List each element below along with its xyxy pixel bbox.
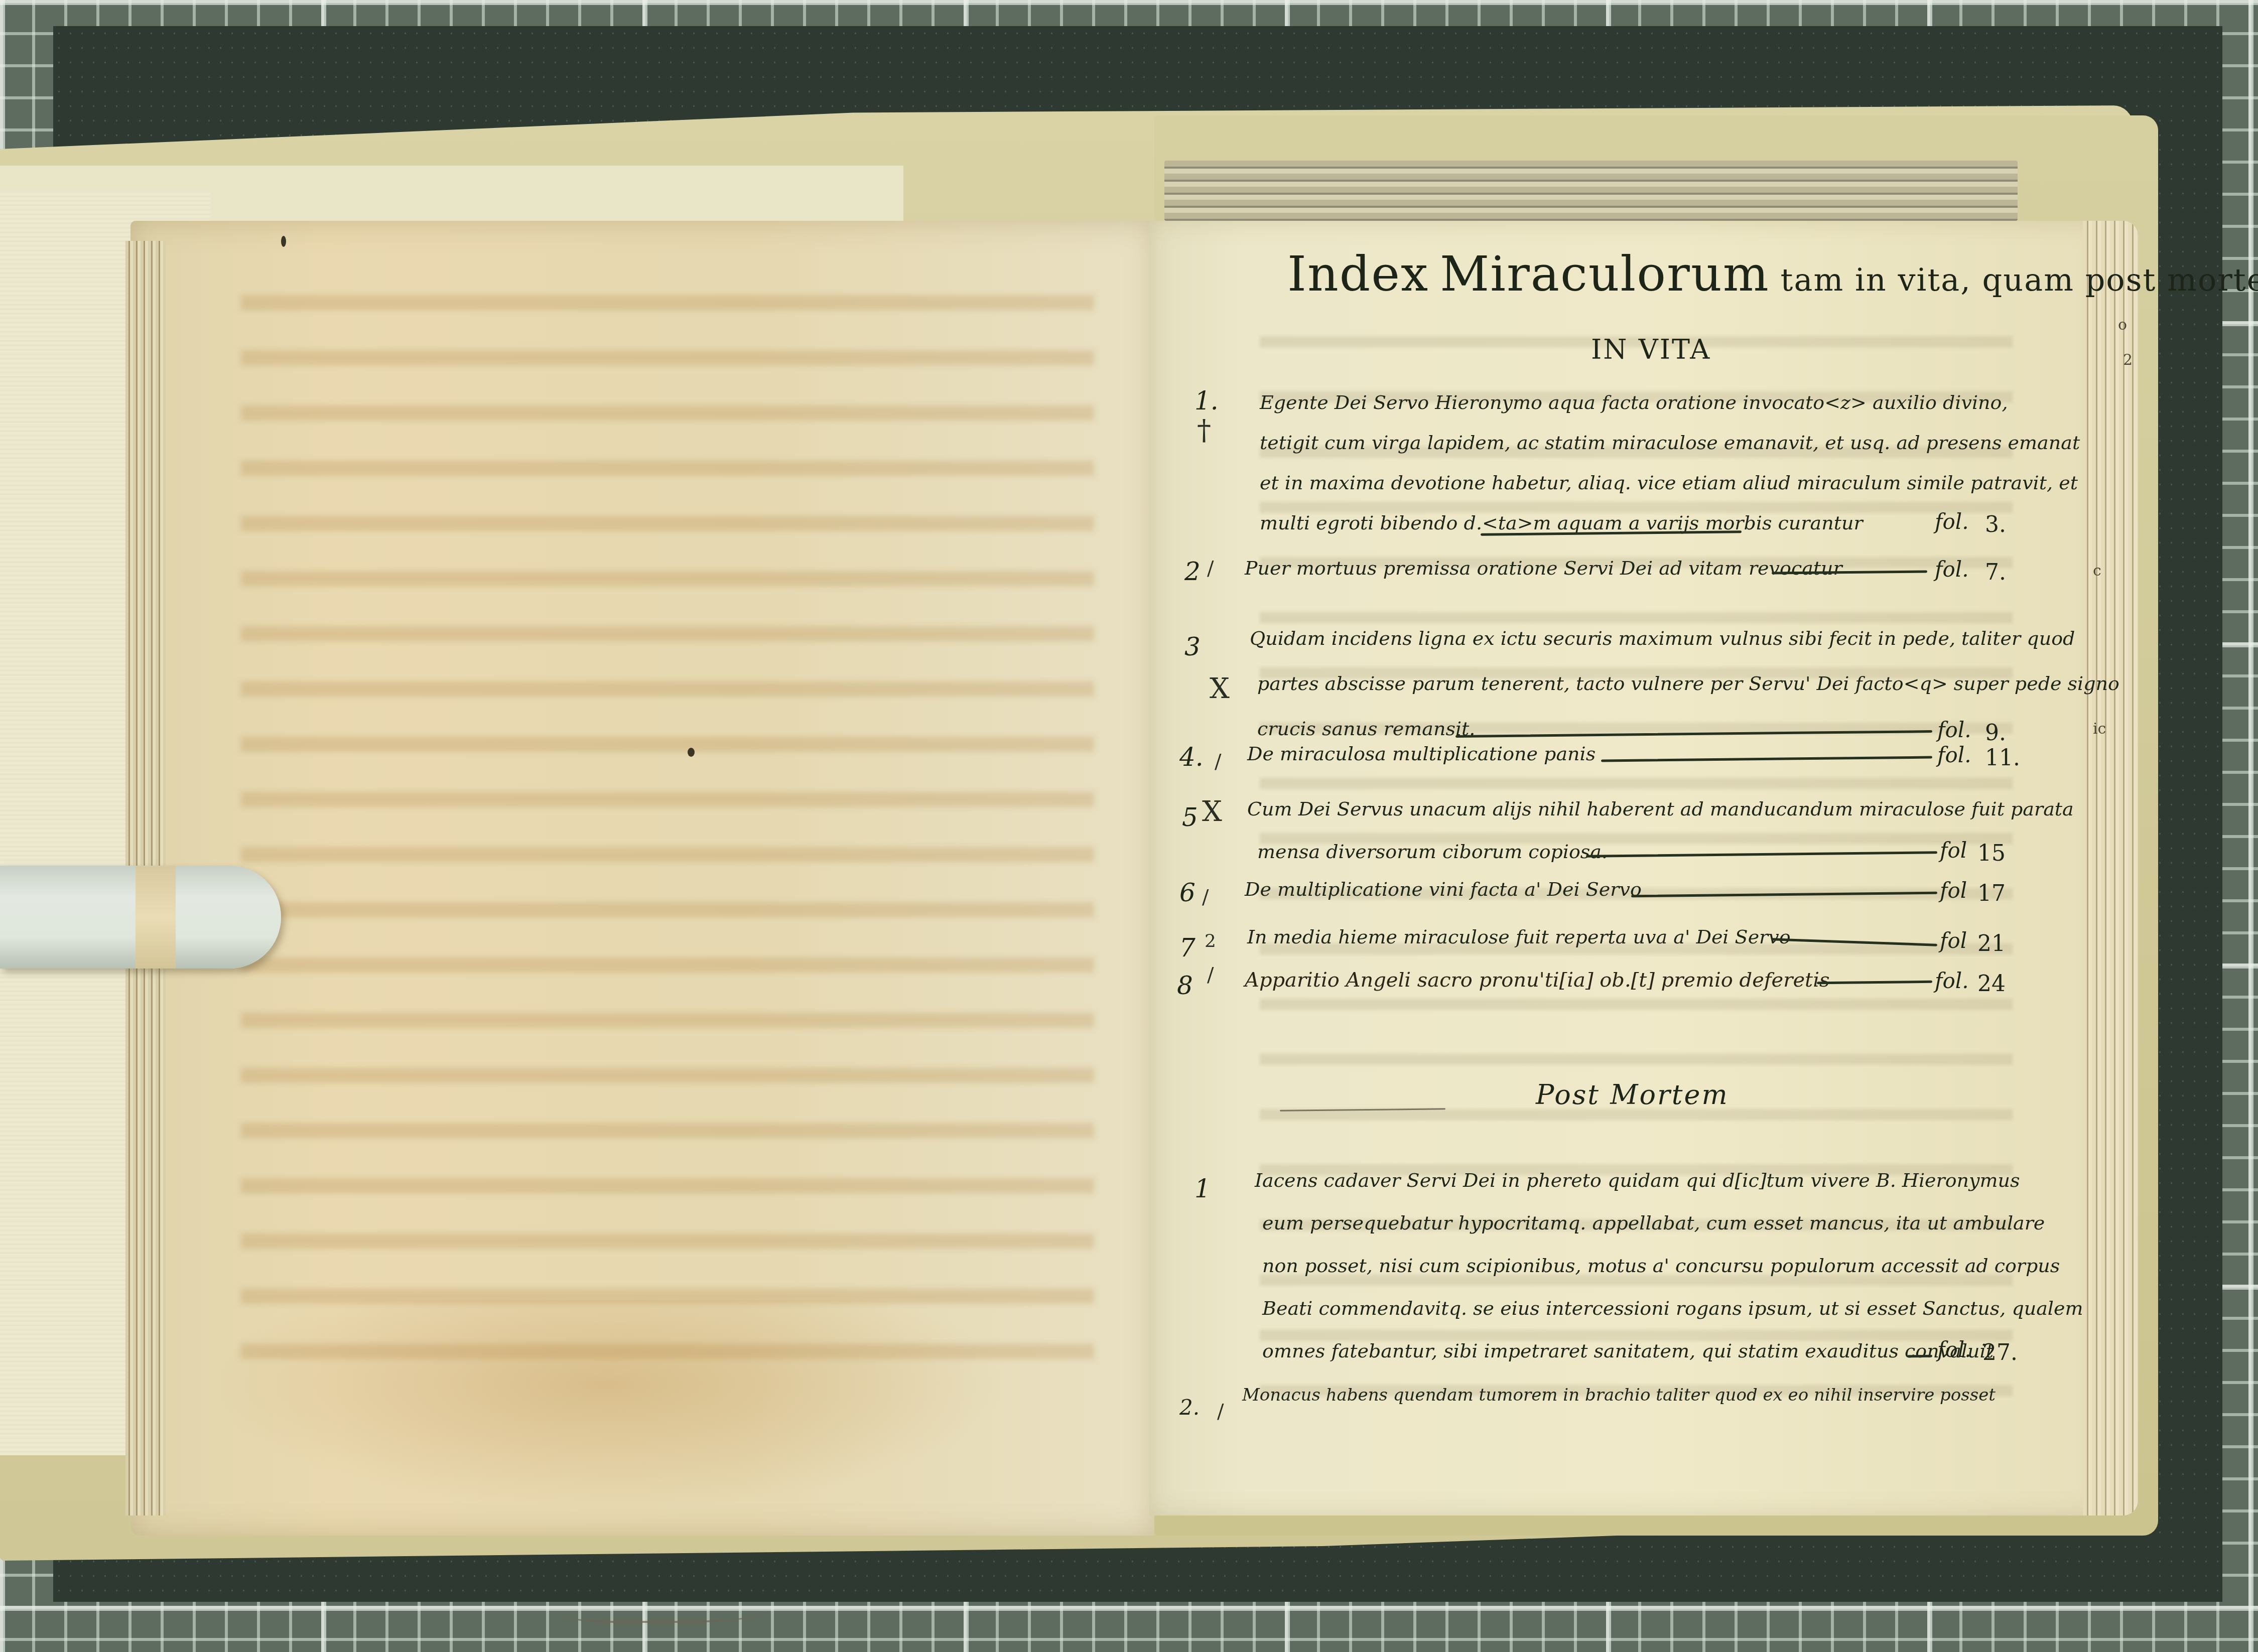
entry-number: 1 [1194, 1174, 1211, 1203]
entry-line: Cum Dei Servus unacum alijs nihil habere… [1247, 798, 2074, 820]
entry-number: 1. [1194, 386, 1219, 416]
leader-line [1907, 1355, 1932, 1358]
folio-number: 15 [1977, 841, 2006, 866]
glass-weight-band [136, 866, 176, 969]
ink-spot [688, 748, 695, 757]
entry-line: eum persequebatur hypocritamq. appellaba… [1262, 1212, 2045, 1234]
title-main-word: Miraculorum [1440, 246, 1770, 302]
entry-number: 2. [1179, 1395, 1200, 1420]
folio-number: 24 [1977, 971, 2006, 997]
folio-number: 7. [1985, 560, 2006, 585]
margin-tick-mark: / [1207, 963, 1214, 987]
entry-line: mensa diversorum ciborum copiosa. [1257, 841, 1608, 863]
section-heading-in-vita: IN VITA [1591, 334, 1711, 365]
entry-number: 8 [1177, 971, 1193, 1000]
fol-label: fol. [1937, 743, 1971, 767]
fol-label: fol [1940, 838, 1967, 863]
entry-number: 6 [1179, 878, 1196, 907]
title-index-word: Index [1287, 246, 1429, 302]
fol-label: fol [1940, 928, 1967, 953]
fore-edge [2083, 221, 2138, 1516]
margin-x-mark: X [1210, 672, 1230, 705]
margin-tick-mark: / [1215, 750, 1221, 773]
entry-line: omnes fatebantur, sibi impetraret sanita… [1262, 1340, 1994, 1362]
folio-number: 27. [1982, 1340, 2018, 1365]
entry-number: 3 [1184, 632, 1201, 661]
entry-number: 5 [1182, 803, 1198, 832]
entry-line: Beati commendavitq. se eius intercession… [1262, 1297, 2083, 1319]
entry-line: Egente Dei Servo Hieronymo aqua facta or… [1260, 391, 2008, 414]
fol-label: fol. [1935, 509, 1969, 534]
entry-line: partes abscisse parum tenerent, tacto vu… [1257, 672, 2119, 695]
title-suffix: tam in vita, quam post mortem: [1781, 261, 2258, 298]
fol-label: fol. [1937, 1337, 1971, 1362]
entry-line: et in maxima devotione habetur, aliaq. v… [1260, 472, 2078, 494]
entry-line: De miraculosa multiplicatione panis [1247, 743, 1596, 765]
fol-label: fol [1940, 878, 1967, 903]
entry-number: 4. [1179, 743, 1204, 772]
entry-line: multi egroti bibendo d.<ta>m aquam a var… [1260, 512, 1863, 534]
margin-tick-mark: / [1217, 1400, 1224, 1423]
entry-line: Iacens cadaver Servi Dei in phereto quid… [1255, 1169, 2020, 1191]
entry-line-later-hand: Apparitio Angeli sacro pronu'ti[ia] ob.[… [1245, 969, 1829, 992]
folio-number: 3. [1985, 512, 2006, 537]
section-heading-post-mortem: Post Mortem [1536, 1079, 1729, 1111]
left-page [130, 221, 1154, 1536]
folio-number: 11. [1985, 745, 2020, 771]
page-title: Index Miraculorum tam in vita, quam post… [1287, 246, 2258, 302]
margin-mark: 2 [1205, 931, 1216, 951]
folio-number: 21 [1977, 931, 2006, 956]
water-stain [206, 1300, 1009, 1510]
fol-label: fol. [1937, 718, 1971, 742]
entry-line: tetigit cum virga lapidem, ac statim mir… [1260, 432, 2080, 454]
fore-edge-mark: o [2118, 316, 2127, 334]
fol-label: fol. [1935, 557, 1969, 582]
margin-cross-mark: † [1197, 414, 1211, 447]
entry-line: Monacus habens quendam tumorem in brachi… [1242, 1385, 1996, 1405]
margin-tick-mark: / [1202, 886, 1209, 909]
ink-spot [281, 236, 286, 247]
margin-x-mark: X [1202, 795, 1222, 828]
fore-edge-mark: ic [2093, 720, 2106, 738]
entry-line: crucis sanus remansit. [1257, 718, 1475, 740]
entry-line: In media hieme miraculose fuit reperta u… [1247, 926, 1791, 948]
show-through-text [241, 271, 1094, 1375]
entry-number: 7 [1179, 933, 1196, 962]
entry-line: Puer mortuus premissa oratione Servi Dei… [1245, 557, 1842, 579]
folio-number: 17 [1977, 881, 2006, 906]
entry-line: non posset, nisi cum scipionibus, motus … [1262, 1255, 2060, 1277]
entry-line: De multiplicatione vini facta a' Dei Ser… [1245, 878, 1642, 900]
fore-edge-mark: c [2093, 562, 2101, 580]
ink-smudge [557, 1591, 768, 1623]
margin-tick-mark: / [1207, 557, 1214, 580]
text-block-edge [1164, 161, 2018, 221]
entry-number: 2 [1184, 557, 1201, 586]
glass-weight-icon[interactable] [0, 866, 281, 969]
folio-number: 9. [1985, 720, 2006, 746]
entry-line: Quidam incidens ligna ex ictu securis ma… [1250, 627, 2075, 649]
right-page: Index Miraculorum tam in vita, quam post… [1149, 221, 2103, 1516]
fol-label: fol. [1935, 969, 1969, 993]
fore-edge-mark: 2 [2123, 351, 2133, 369]
